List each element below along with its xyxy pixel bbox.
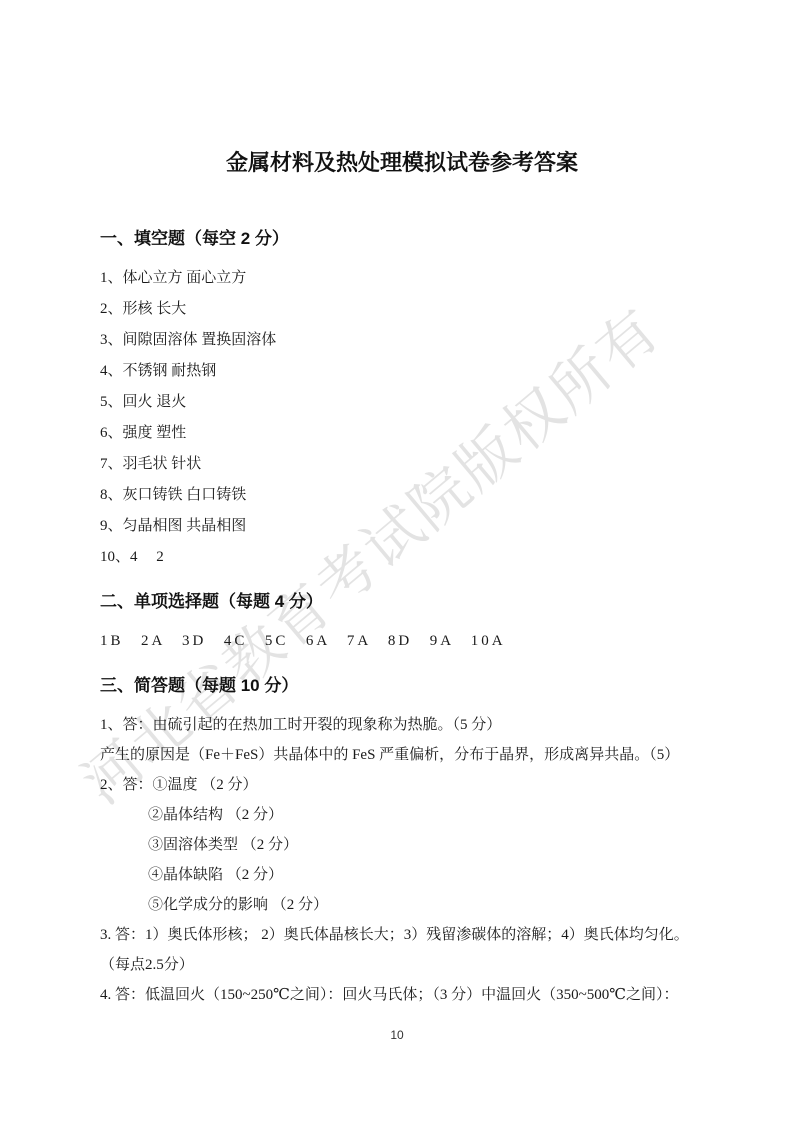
fill-blank-answer-9: 9、匀晶相图 共晶相图	[100, 517, 704, 536]
short-answer-2-line-4: ④晶体缺陷 （2 分）	[100, 866, 704, 885]
fill-blank-answer-5: 5、回火 退火	[100, 393, 704, 412]
short-answer-1-line-2: 产生的原因是（Fe＋FeS）共晶体中的 FeS 严重偏析，分布于晶界，形成离异共…	[100, 746, 704, 765]
document-content: 金属材料及热处理模拟试卷参考答案 一、填空题（每空 2 分） 1、体心立方 面心…	[0, 0, 794, 1005]
section-3-heading: 三、简答题（每题 10 分）	[100, 675, 704, 696]
fill-blank-answer-1: 1、体心立方 面心立方	[100, 269, 704, 288]
fill-blank-answer-7: 7、羽毛状 针状	[100, 455, 704, 474]
choice-answers-line: 1B 2A 3D 4C 5C 6A 7A 8D 9A 10A	[100, 632, 704, 651]
fill-blank-answer-2: 2、形核 长大	[100, 300, 704, 319]
short-answer-2-line-5: ⑤化学成分的影响 （2 分）	[100, 896, 704, 915]
fill-blank-answer-4: 4、不锈钢 耐热钢	[100, 362, 704, 381]
section-2-heading: 二、单项选择题（每题 4 分）	[100, 591, 704, 612]
short-answer-2-line-2: ②晶体结构 （2 分）	[100, 806, 704, 825]
page-number: 10	[0, 1028, 794, 1042]
fill-blank-answer-3: 3、间隙固溶体 置换固溶体	[100, 331, 704, 350]
document-page: 河北省教育考试院版权所有 金属材料及热处理模拟试卷参考答案 一、填空题（每空 2…	[0, 0, 794, 1123]
document-title: 金属材料及热处理模拟试卷参考答案	[100, 150, 704, 176]
fill-blank-answer-8: 8、灰口铸铁 白口铸铁	[100, 486, 704, 505]
short-answer-3-line-1: 3. 答：1）奥氏体形核； 2）奥氏体晶核长大；3）残留渗碳体的溶解；4）奥氏体…	[100, 926, 704, 945]
short-answer-3-line-2: （每点2.5分）	[100, 956, 704, 975]
section-1-heading: 一、填空题（每空 2 分）	[100, 228, 704, 249]
short-answer-2-line-1: 2、答：①温度 （2 分）	[100, 776, 704, 795]
fill-blank-answer-6: 6、强度 塑性	[100, 424, 704, 443]
short-answer-4-line-1: 4. 答：低温回火（150~250℃之间）：回火马氏体；（3 分）中温回火（35…	[100, 986, 704, 1005]
short-answer-1-line-1: 1、答：由硫引起的在热加工时开裂的现象称为热脆。（5 分）	[100, 716, 704, 735]
short-answer-2-line-3: ③固溶体类型 （2 分）	[100, 836, 704, 855]
fill-blank-answer-10: 10、4 2	[100, 548, 704, 567]
